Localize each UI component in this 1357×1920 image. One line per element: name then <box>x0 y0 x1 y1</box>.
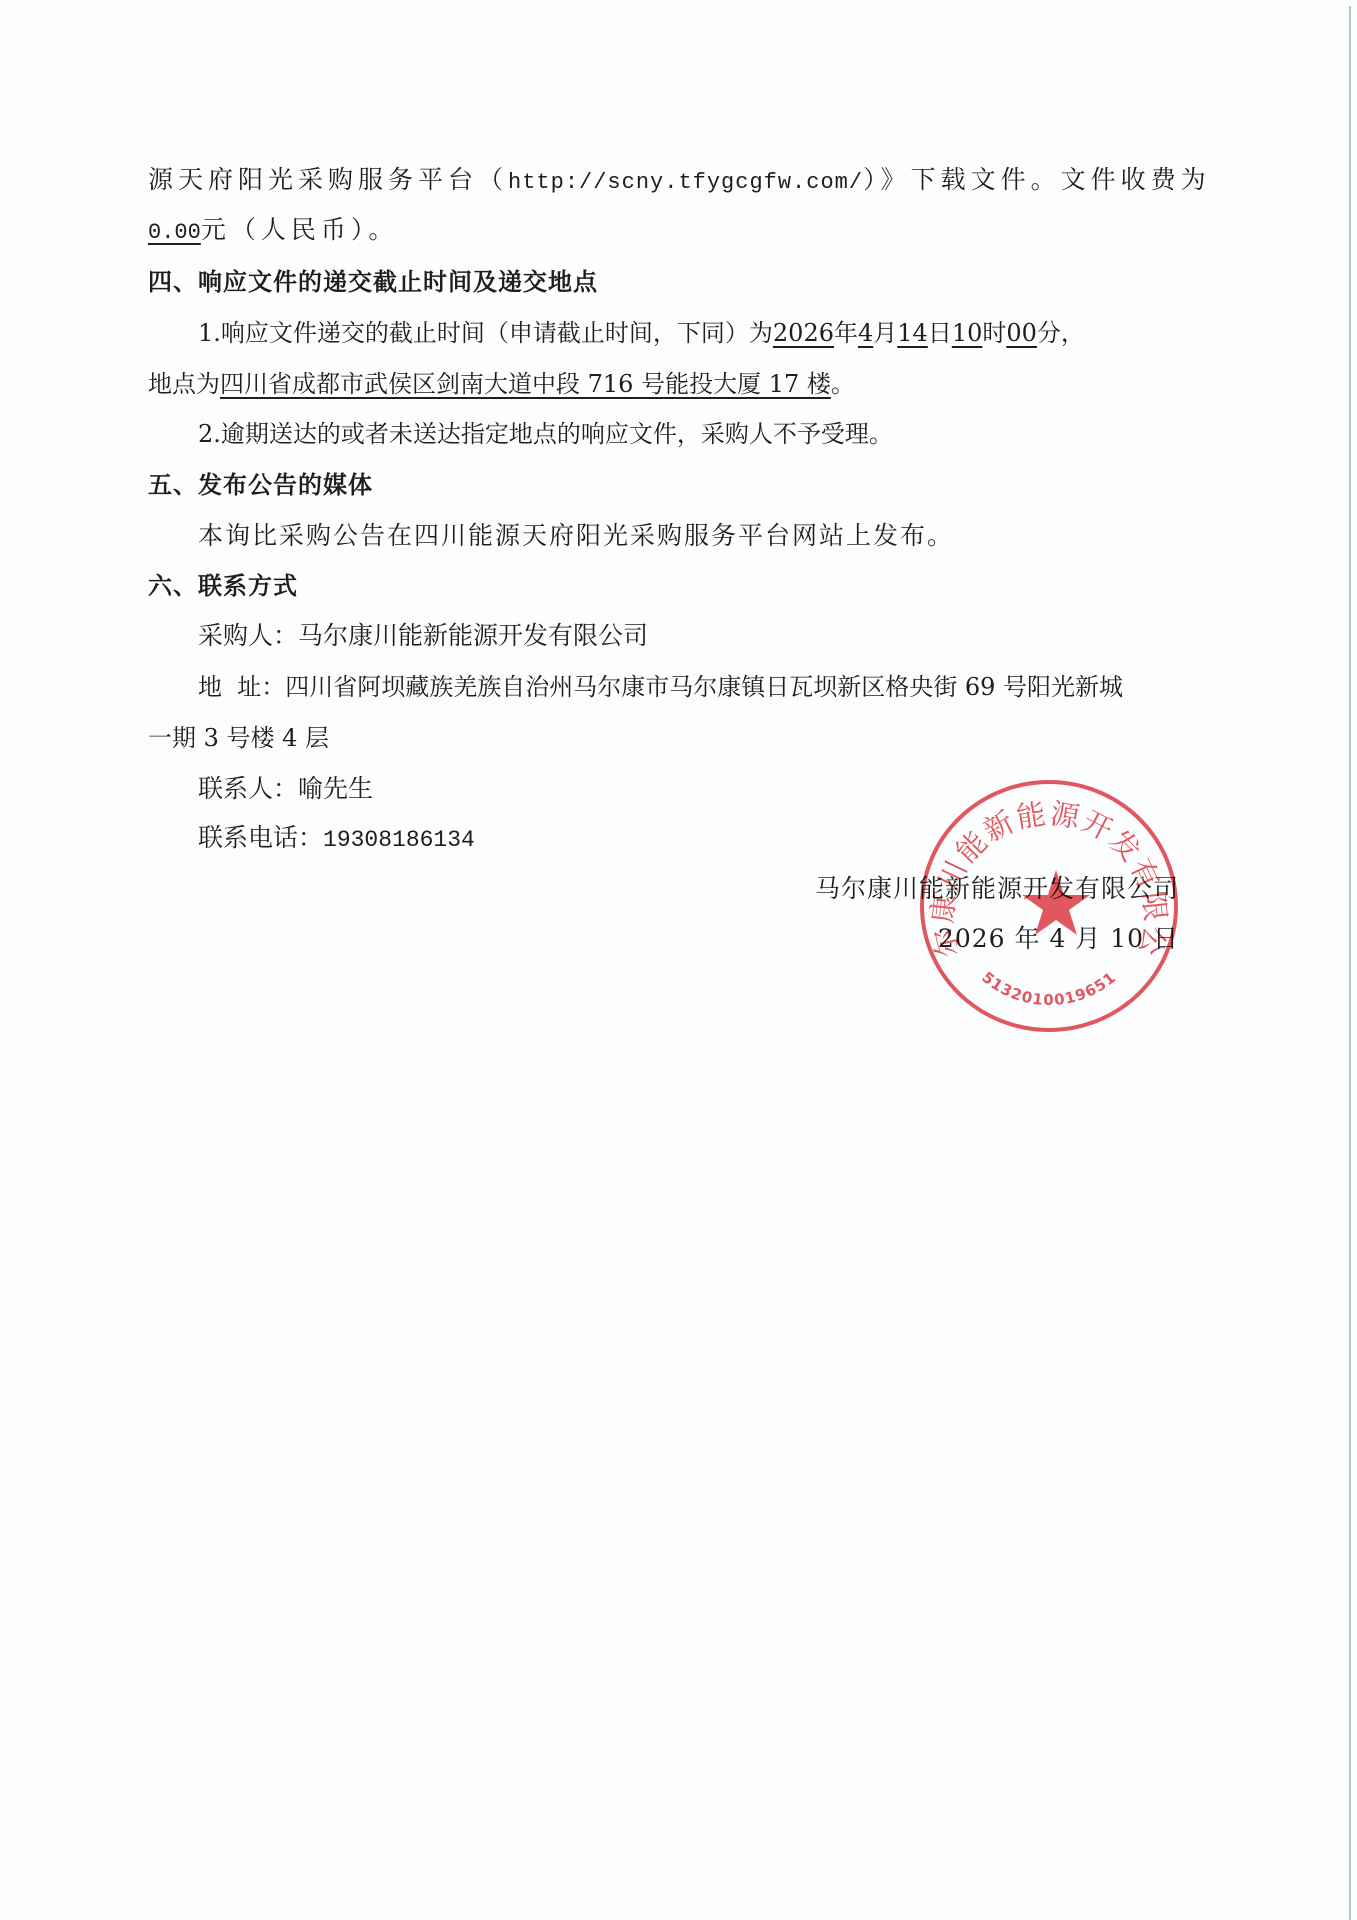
address-line-1: 地 址：四川省阿坝藏族羌族自治州马尔康市马尔康镇日瓦坝新区格央街 69 号阳光新… <box>198 667 1180 707</box>
phone-label: 联系电话： <box>198 823 323 852</box>
seal-star-icon <box>1022 870 1090 935</box>
address-label: 地 址： <box>198 673 285 701</box>
deadline-month: 4 <box>858 319 873 347</box>
late-submission-line: 2.逾期送达的或者未送达指定地点的响应文件，采购人不予受理。 <box>198 414 1180 454</box>
day-unit: 日 <box>928 319 952 347</box>
section4-heading: 四、响应文件的递交截止时间及递交地点 <box>148 262 1180 302</box>
purchaser-line: 采购人：马尔康川能新能源开发有限公司 <box>198 616 1180 656</box>
fee-line: 0.00元（人民币）。 <box>148 210 1180 250</box>
contact-name: 喻先生 <box>298 774 373 803</box>
contact-label: 联系人： <box>198 774 298 803</box>
platform-url[interactable]: http://scny.tfygcgfw.com/ <box>508 170 863 195</box>
phone-number: 19308186134 <box>323 827 475 853</box>
seal-code-text: 5132010019651 <box>978 968 1119 1009</box>
company-seal-stamp: 马尔康川能新能源开发有限公司 5132010019651 <box>918 778 1180 1034</box>
location-suffix: 。 <box>831 370 855 398</box>
deadline-year: 2026 <box>773 319 834 347</box>
location-line: 地点为四川省成都市武侯区剑南大道中段 716 号能投大厦 17 楼。 <box>148 364 1180 404</box>
seal-ring-text: 马尔康川能新能源开发有限公司 <box>918 778 1173 961</box>
minute-unit: 分， <box>1037 319 1085 347</box>
fee-suffix: 元（人民币）。 <box>201 215 399 244</box>
page-edge-line <box>1349 6 1351 1920</box>
section5-heading: 五、发布公告的媒体 <box>148 465 1180 505</box>
continuation-line-1: 源天府阳光采购服务平台（http://scny.tfygcgfw.com/）》下… <box>148 160 1180 200</box>
year-unit: 年 <box>834 319 858 347</box>
continuation-suffix: ）》下载文件。文件收费为 <box>863 165 1211 194</box>
purchaser-label: 采购人： <box>198 621 298 650</box>
deadline-hour: 10 <box>952 319 983 347</box>
media-line: 本询比采购公告在四川能源天府阳光采购服务平台网站上发布。 <box>198 516 1180 556</box>
submission-location: 四川省成都市武侯区剑南大道中段 716 号能投大厦 17 楼 <box>220 370 831 398</box>
address-line-2: 一期 3 号楼 4 层 <box>148 718 1180 758</box>
purchaser-name: 马尔康川能新能源开发有限公司 <box>298 621 648 650</box>
deadline-minute: 00 <box>1006 319 1037 347</box>
hour-unit: 时 <box>982 319 1006 347</box>
continuation-prefix: 源天府阳光采购服务平台（ <box>148 165 508 194</box>
location-prefix: 地点为 <box>148 370 220 398</box>
fee-amount: 0.00 <box>148 220 201 245</box>
address-value: 四川省阿坝藏族羌族自治州马尔康市马尔康镇日瓦坝新区格央街 69 号阳光新城 <box>285 673 1123 701</box>
deadline-prefix: 1.响应文件递交的截止时间（申请截止时间，下同）为 <box>198 319 773 347</box>
month-unit: 月 <box>873 319 897 347</box>
deadline-line: 1.响应文件递交的截止时间（申请截止时间，下同）为2026年4月14日10时00… <box>198 313 1180 353</box>
deadline-day: 14 <box>897 319 928 347</box>
section6-heading: 六、联系方式 <box>148 566 1180 606</box>
